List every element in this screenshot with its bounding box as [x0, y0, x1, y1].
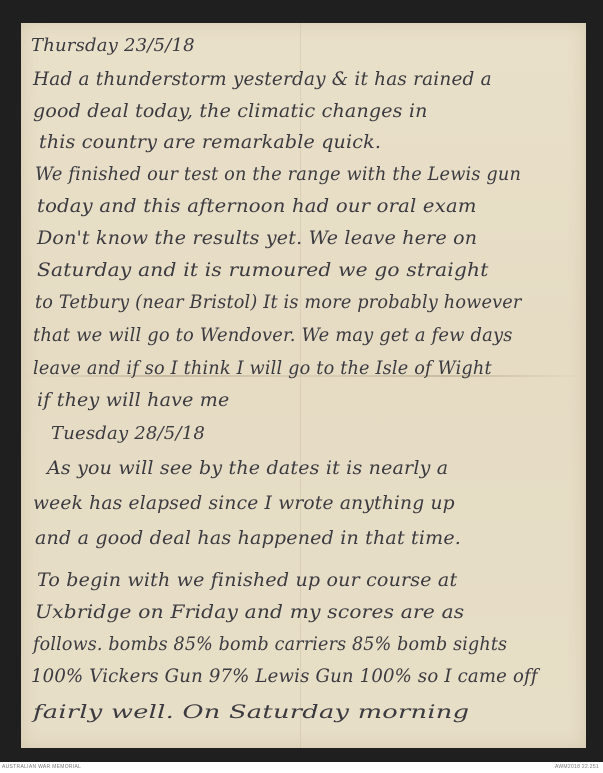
handwritten-line: if they will have me — [37, 389, 229, 411]
handwritten-line: this country are remarkable quick. — [39, 131, 381, 153]
handwritten-line: Uxbridge on Friday and my scores are as — [35, 601, 464, 623]
handwritten-line: week has elapsed since I wrote anything … — [33, 492, 455, 514]
handwritten-line: Saturday and it is rumoured we go straig… — [37, 259, 489, 281]
handwritten-line: good deal today, the climatic changes in — [33, 100, 428, 122]
handwritten-line: follows. bombs 85% bomb carriers 85% bom… — [33, 633, 507, 655]
handwritten-line: As you will see by the dates it is nearl… — [47, 457, 448, 479]
handwritten-line: To begin with we finished up our course … — [37, 569, 457, 591]
handwritten-line: 100% Vickers Gun 97% Lewis Gun 100% so I… — [31, 665, 538, 687]
handwritten-line: today and this afternoon had our oral ex… — [37, 195, 477, 217]
archive-credit: AUSTRALIAN WAR MEMORIAL — [2, 764, 81, 770]
handwritten-line: that we will go to Wendover. We may get … — [33, 324, 513, 346]
diary-date-heading: Thursday 23/5/18 — [31, 35, 195, 56]
diary-date-heading: Tuesday 28/5/18 — [51, 423, 205, 444]
handwritten-line: to Tetbury (near Bristol) It is more pro… — [35, 291, 522, 313]
handwritten-line: and a good deal has happened in that tim… — [35, 527, 461, 549]
archive-reference-number: AWM2018 22.251 — [555, 764, 599, 770]
scan-background: Thursday 23/5/18 Had a thunderstorm yest… — [0, 0, 603, 762]
handwritten-line: leave and if so I think I will go to the… — [33, 357, 492, 379]
handwritten-line: We finished our test on the range with t… — [35, 163, 521, 185]
letter-page: Thursday 23/5/18 Had a thunderstorm yest… — [21, 23, 586, 748]
handwritten-line: Don't know the results yet. We leave her… — [37, 227, 477, 249]
handwritten-line: Had a thunderstorm yesterday & it has ra… — [33, 68, 492, 90]
handwritten-line: fairly well. On Saturday morning — [33, 701, 469, 723]
